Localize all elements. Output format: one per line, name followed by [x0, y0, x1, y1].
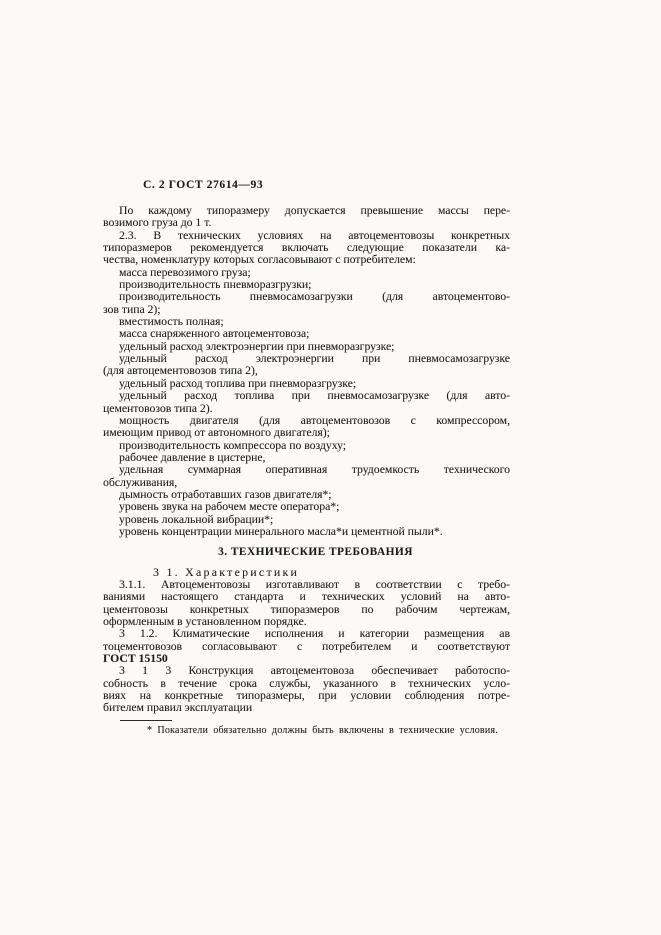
text-line: ваниями настоящего стандарта и техническ…	[103, 591, 510, 603]
footnote-rule	[120, 720, 172, 721]
text-line: уровень концентрации минерального масла*…	[103, 526, 510, 538]
text-line: 3 1.2. Климатические исполнения и катего…	[103, 628, 510, 640]
paragraph: 2.3. В технических условиях на автоцемен…	[103, 230, 510, 267]
text-line: имеющим привод от автономного двигателя)…	[103, 427, 510, 439]
text-line: бителем правил эксплуатации	[103, 702, 510, 714]
list-item: уровень звука на рабочем месте оператора…	[103, 501, 510, 513]
text-line: производительность пневмосамозагрузки (д…	[103, 291, 510, 303]
document-body: По каждому типоразмеру допускается превы…	[103, 205, 510, 736]
paragraph: 3 1 3 Конструкция автоцементовоза обеспе…	[103, 665, 510, 714]
text-line: цементовозов типа 2).	[103, 403, 510, 415]
text-line: чества, номенклатуру которых согласовыва…	[103, 254, 510, 266]
text-line: 3 1 3 Конструкция автоцементовоза обеспе…	[103, 665, 510, 677]
text-line: уровень звука на рабочем месте оператора…	[103, 501, 510, 513]
page-header: С. 2 ГОСТ 27614—93	[143, 179, 263, 191]
paragraph: По каждому типоразмеру допускается превы…	[103, 205, 510, 230]
list-item: производительность пневмосамозагрузки (д…	[103, 291, 510, 316]
list-item: уровень концентрации минерального масла*…	[103, 526, 510, 538]
text-line: (для автоцементовозов типа 2),	[103, 365, 510, 377]
list-item: мощность двигателя (для автоцементовозов…	[103, 415, 510, 440]
scanned-document-page: С. 2 ГОСТ 27614—93 По каждому типоразмер…	[0, 0, 661, 935]
list-item: масса снаряженного автоцементовоза;	[103, 328, 510, 340]
paragraph: 3 1.2. Климатические исполнения и катего…	[103, 628, 510, 665]
text-line: удельная суммарная оперативная трудоемко…	[103, 464, 510, 476]
text-line: масса снаряженного автоцементовоза;	[103, 328, 510, 340]
paragraph: 3.1.1. Автоцементовозы изготавливают в с…	[103, 579, 510, 628]
footnote: * Показатели обязательно должны быть вкл…	[103, 725, 510, 736]
text-line: удельный расход топлива при пневмосамоза…	[103, 390, 510, 402]
subsection-heading: 3 1. Характеристики	[153, 566, 510, 578]
list-item: удельная суммарная оперативная трудоемко…	[103, 464, 510, 489]
list-item: удельный расход электроэнергии при пневм…	[103, 353, 510, 378]
section-heading: 3. ТЕХНИЧЕСКИЕ ТРЕБОВАНИЯ	[121, 546, 510, 558]
text-line: возимого груза до 1 т.	[103, 217, 510, 229]
list-item: удельный расход топлива при пневмосамоза…	[103, 390, 510, 415]
